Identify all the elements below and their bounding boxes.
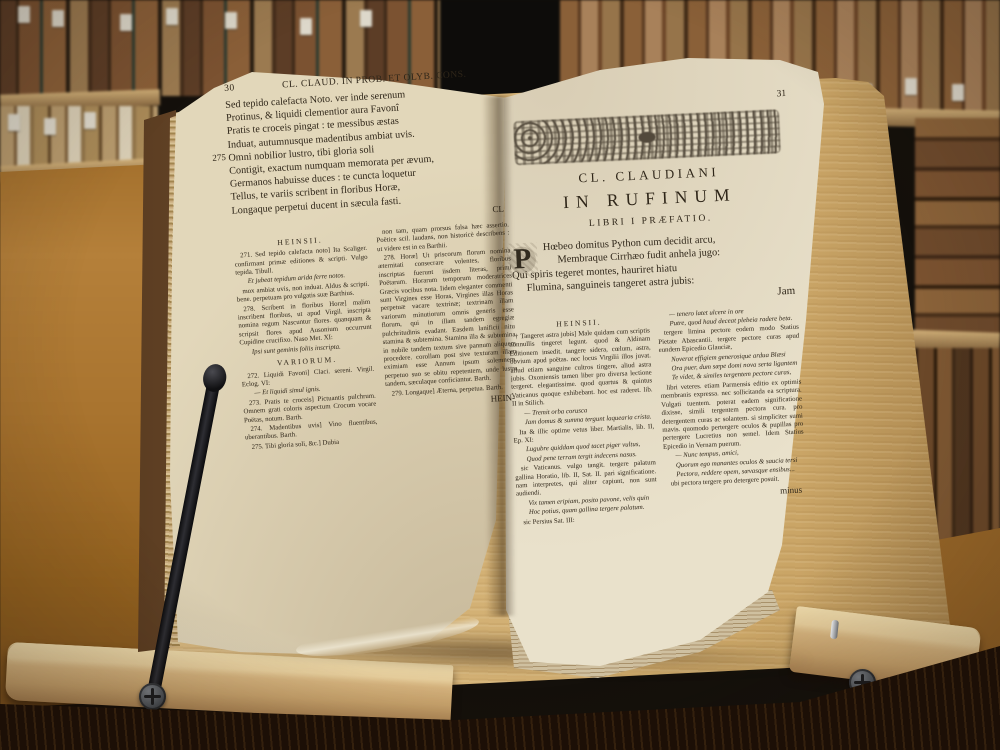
commentary-column-2-text: non tam, quam prorsus falsa hæc assertio… [376, 221, 519, 399]
commentary-line: 278. Horæ] Ut priscorum florum nomina æt… [377, 247, 518, 389]
drop-cap-initial: P [507, 242, 539, 277]
commentary-line: 278. Scribent in floribus Horæ] malim in… [237, 298, 372, 348]
commentary-line: † Tangeret astra jubis] Male quidam cum … [509, 327, 653, 409]
woodcut-headpiece-ornament [513, 109, 781, 165]
commentary-column-2: — tenero latet ulcere in orePutre, quod … [657, 305, 810, 579]
left-page-text: 30 CL. CLAUD. IN PROB. ET OLYB. CONS. 27… [224, 68, 530, 603]
book-spine-label [18, 6, 30, 23]
commentary-column-2-text: — tenero latet ulcere in orePutre, quod … [657, 305, 806, 489]
commentary-line: libri veteres. etiam Parmensis editio ex… [660, 378, 804, 452]
phillips-screw-left [139, 683, 166, 710]
commentary-column-1: HEINSII.271. Sed tepido calefacta noto] … [233, 230, 384, 547]
left-poem: Sed tepido calefacta Noto. ver inde sere… [225, 83, 508, 218]
commentary-column-2: non tam, quam prorsus falsa hæc assertio… [376, 221, 527, 538]
left-commentary: HEINSII.271. Sed tepido calefacta noto] … [233, 221, 527, 547]
book-spine-label [300, 18, 312, 35]
stacked-tomes [915, 118, 1000, 343]
book-spine-label [52, 10, 64, 27]
commentary-line: sic Vaticanus. vulgo tangit. tergere pal… [515, 459, 657, 499]
left-page-number: 30 [224, 83, 235, 94]
book-spine-label [952, 84, 964, 101]
book-spine-label [360, 10, 372, 27]
book-spine-label [225, 12, 237, 29]
book-spine-label [84, 112, 96, 129]
right-page-number: 31 [776, 89, 786, 99]
right-page-text: 31 CL. CLAUDIANI IN RUFINUM LIBRI I PRÆF… [498, 83, 815, 616]
book-spine-label [44, 118, 56, 135]
right-commentary: HEINSII.† Tangeret astra jubis] Male qui… [508, 305, 814, 586]
book-spine-label [166, 8, 178, 25]
book-spine-label [120, 14, 132, 31]
library-book-photograph: 30 CL. CLAUD. IN PROB. ET OLYB. CONS. 27… [0, 0, 1000, 750]
book-spine-label [905, 78, 917, 95]
commentary-column-1: HEINSII.† Tangeret astra jubis] Male qui… [508, 312, 661, 586]
book-spine-label [8, 114, 20, 131]
verse-number: 275 [212, 152, 226, 163]
